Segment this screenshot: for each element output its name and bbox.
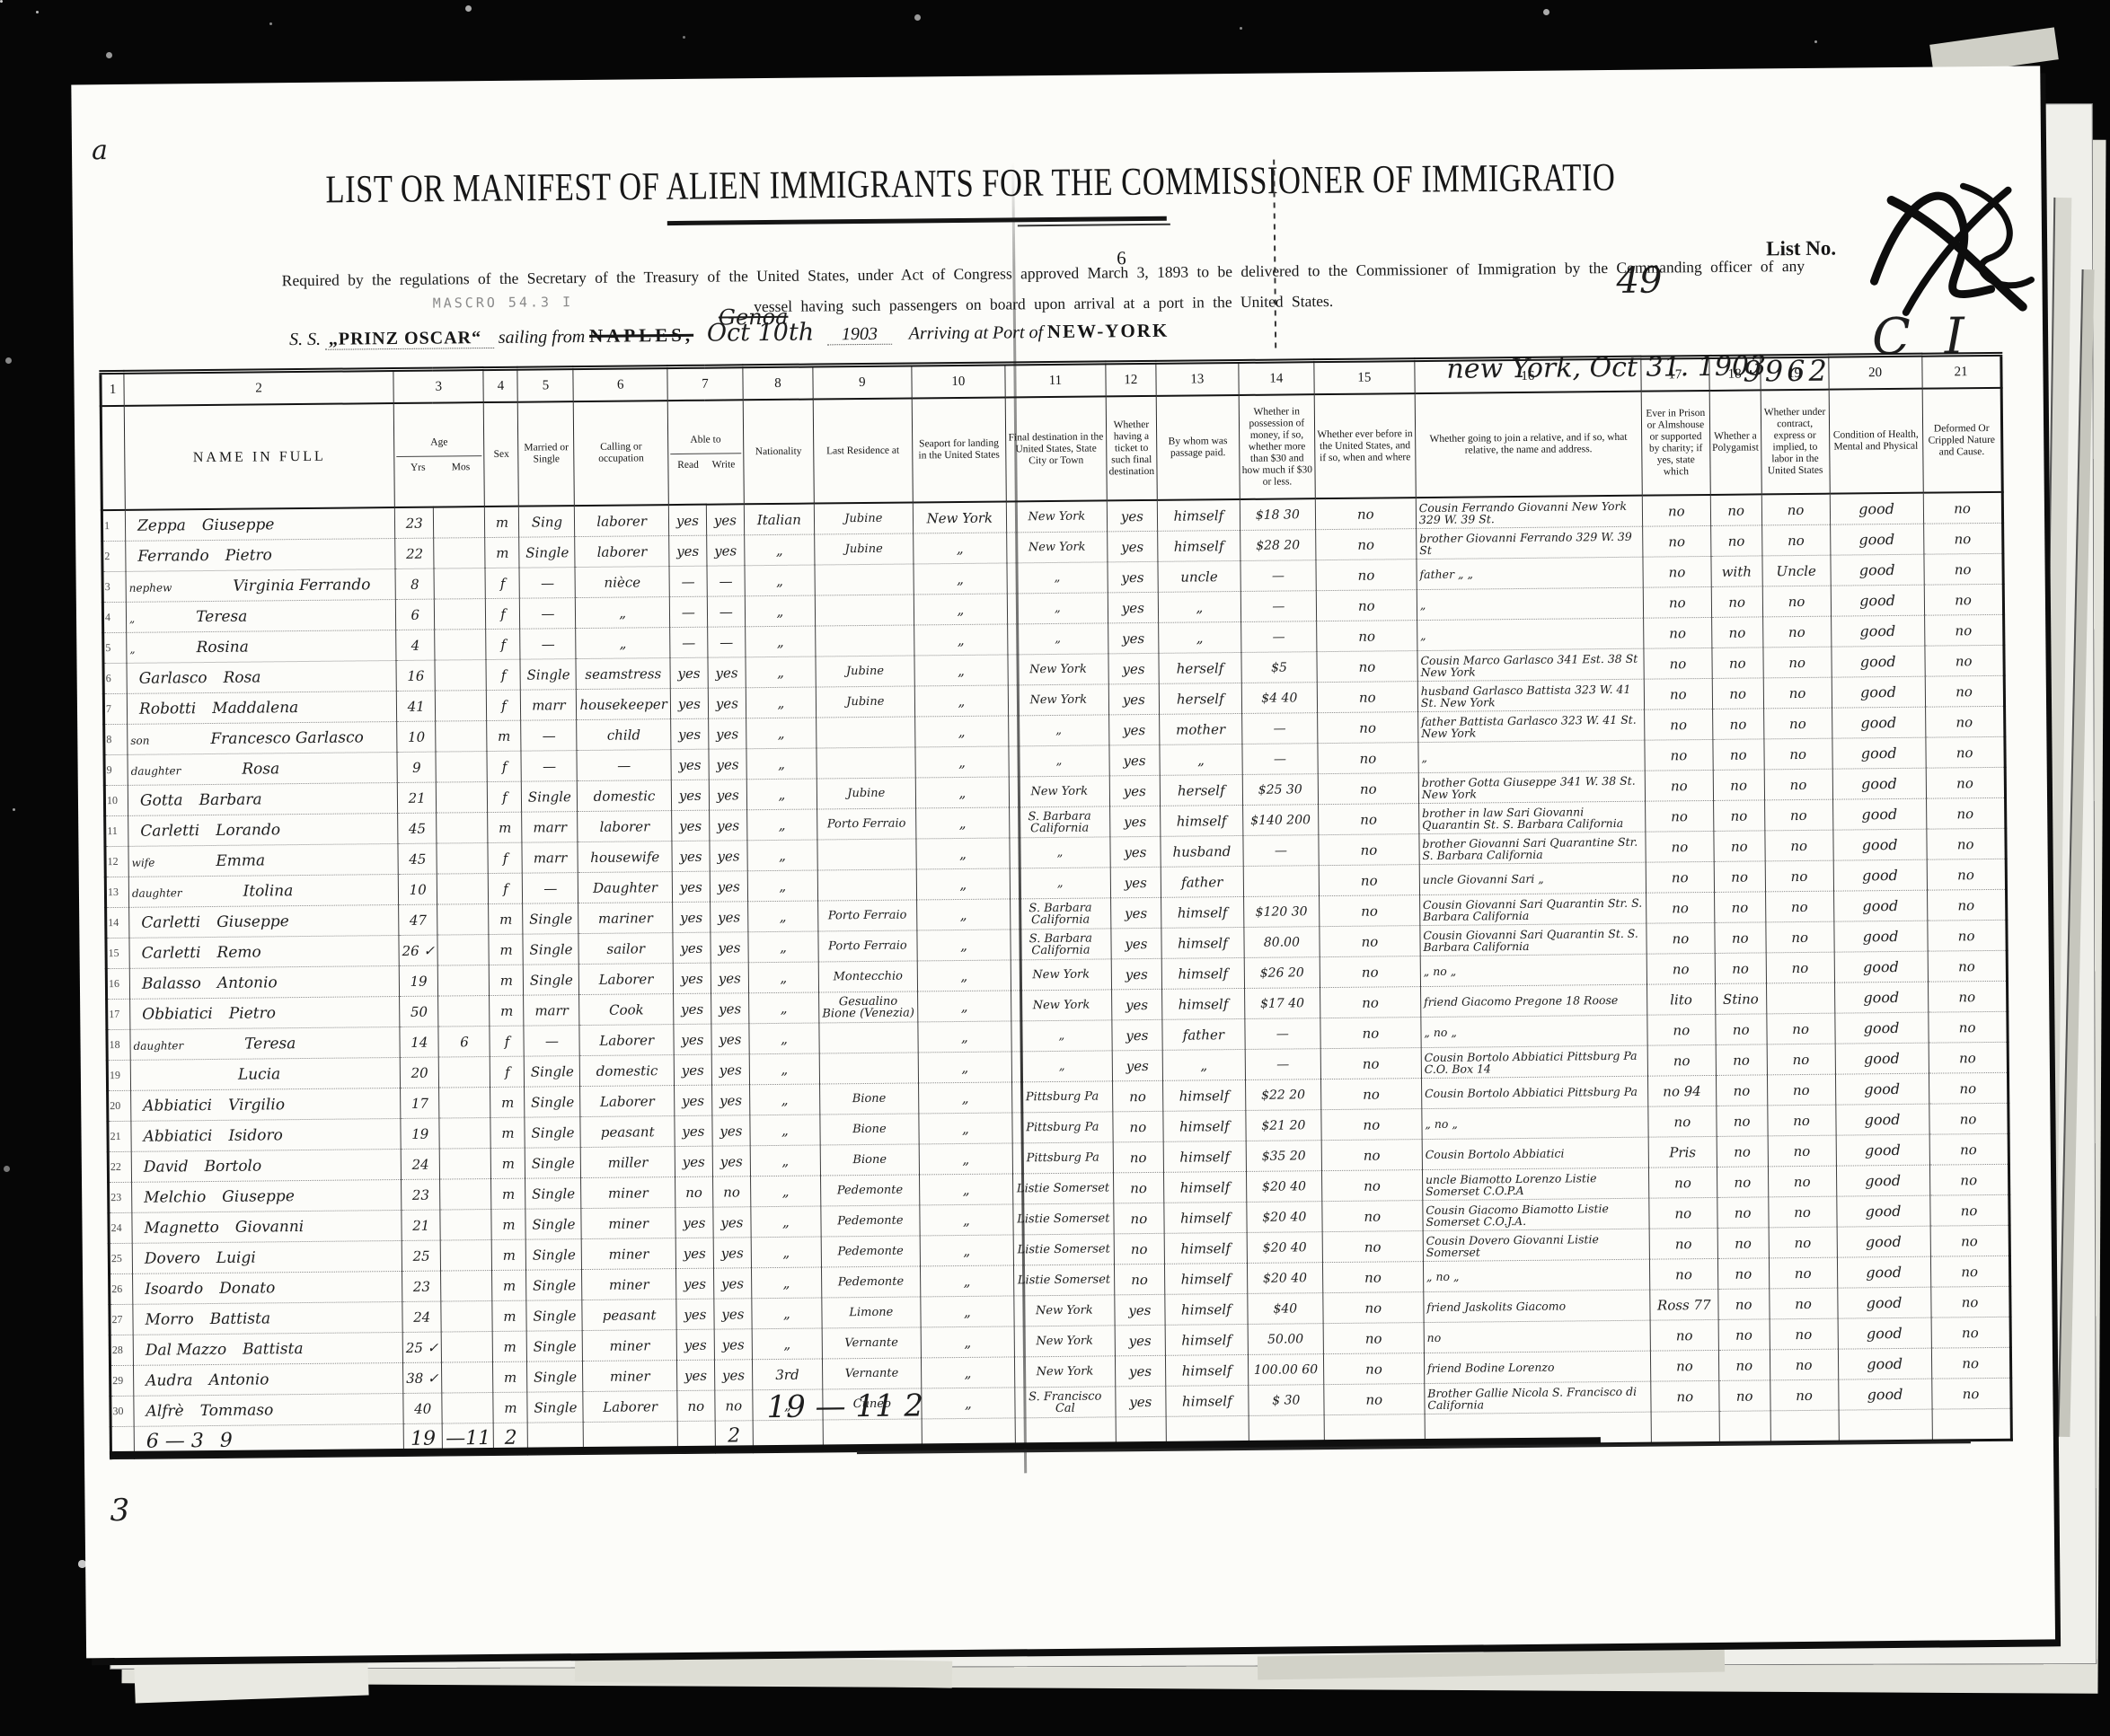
cell-before_us: no [1315,498,1416,530]
cell-ticket: no [1113,1111,1163,1142]
cell-occupation: laborer [575,536,669,568]
cell-relative: no [1424,1320,1650,1353]
cell-seaport: „ [919,1143,1012,1175]
cell-before_us: no [1318,743,1418,774]
cell-nationality: „ [745,626,815,657]
cell-sex: m [492,1270,526,1300]
passenger-given-name: Maddalena [212,699,298,718]
cell-read: yes [670,718,708,749]
passenger-given-name: 9 [220,1430,233,1452]
cell-sex: m [492,1239,526,1270]
cell-health: good [1834,982,1928,1013]
cell-write: yes [710,902,747,932]
cell-seaport: „ [916,868,1010,900]
cell-read: yes [673,963,711,993]
cell-sex: f [486,598,520,629]
cell-no: 30 [110,1396,134,1426]
cell-name: Lucia [130,1057,400,1090]
cell-ticket: no [1113,1141,1163,1173]
cell-marital: Single [525,1056,580,1088]
col-header-4: Sex [484,402,519,507]
cell-ticket: no [1114,1264,1164,1295]
passenger-given-name: Remo [216,943,260,961]
cell-prison: no [1645,739,1713,771]
cell-residence: Bione [819,1083,918,1115]
cell-seaport: „ [916,838,1010,869]
cell-deformed: no [1930,1256,2009,1287]
cell-ticket: no [1113,1172,1163,1203]
cell-name: CarlettiGiuseppe [129,904,399,938]
cell-marital: Single [523,903,578,935]
cell-read: yes [671,810,709,841]
required-statement-line1: Required by the regulations of the Secre… [127,255,1959,292]
cell-health: good [1832,798,1926,830]
cell-marital: marr [522,812,578,843]
cell-residence: Jubine [816,686,914,718]
cell-polygamist: no [1716,1075,1767,1106]
cell-occupation: Daughter [578,872,673,903]
cell-destination: New York [1014,1295,1115,1326]
cell-occupation: laborer [578,811,672,842]
cell-before_us: no [1316,621,1417,652]
cell-health: good [1836,1165,1929,1196]
cell-mos [438,996,490,1027]
cell-relative: brother in law Sari Giovanni Quarantin S… [1418,801,1645,833]
cell-name: daughterRosa [128,753,397,786]
cell-no: 14 [106,907,129,938]
cell-marital: Single [525,1117,580,1149]
cell-name: MelchioGiuseppe [132,1179,402,1212]
cell-marital: — [520,629,576,660]
cell-yrs: 47 [399,904,438,935]
cell-name: CarlettiLorando [128,813,398,846]
cell-money: $140 200 [1242,805,1318,836]
cell-contract: no [1769,1257,1837,1289]
cell-before_us: no [1316,560,1417,591]
cell-read: yes [671,749,709,780]
passenger-surname: David [144,1158,189,1176]
passenger-surname: Melchio [144,1188,206,1207]
cell-occupation: domestic [580,1055,675,1087]
cell-name: MagnettoGiovanni [132,1210,402,1243]
cell-residence: Pedemonte [820,1175,919,1206]
passenger-given-name: Itolina [243,882,293,901]
passenger-prefix: wife [132,856,155,868]
cell-no: 4 [102,602,126,632]
cell-sex: f [490,1026,524,1056]
cell-deformed: no [1926,798,2005,829]
cell-no: 18 [107,1029,130,1060]
passenger-given-name: Teresa [196,607,247,626]
cell-money: 100.00 60 [1248,1354,1323,1386]
passenger-surname: Robotti [139,700,196,718]
cell-sex: f [488,781,522,812]
cell-mos [437,935,489,966]
cell-deformed: no [1931,1378,2010,1409]
passenger-prefix: daughter [134,1039,184,1053]
cell-prison: lito [1647,983,1715,1015]
cell-contract: no [1765,860,1833,892]
cell-read: yes [675,1207,713,1238]
cell-relative: Cousin Marco Garlasco 341 Est. 38 St New… [1417,648,1644,681]
cell-residence: Bione [820,1144,919,1176]
passenger-surname: Obbiatici [142,1004,213,1023]
cell-name: GarlascoRosa [127,661,396,694]
cell-destination: New York [1006,500,1107,533]
cell-prison: no [1650,1350,1718,1381]
cell-write: — [707,596,745,627]
passenger-surname: Carletti [142,944,201,963]
cell-mos [440,1179,491,1211]
cell-money: $20 40 [1247,1202,1322,1233]
cell-health: good [1838,1379,1931,1410]
cell-destination: Pittsburg Pa [1012,1142,1113,1174]
cell-money: — [1240,621,1316,653]
cell-yrs: 8 [395,568,435,599]
cell-before_us: no [1323,1292,1424,1324]
cell-write: yes [711,963,748,993]
cell-yrs: 20 [400,1057,439,1088]
cell-money: — [1240,560,1316,592]
cell-before_us: no [1320,1018,1421,1049]
cell-relative: „ no „ [1420,954,1647,986]
cell-destination: New York [1009,776,1109,807]
cell-mos [439,1118,490,1150]
cell-deformed: no [1930,1225,2009,1256]
cell-money: $20 40 [1246,1171,1321,1203]
cell-mos [436,721,487,753]
cell-seaport: „ [915,777,1009,808]
cell-money: $20 40 [1247,1232,1322,1264]
cell-prison: no [1646,831,1714,862]
cell-write: yes [711,932,748,963]
passenger-given-name: Luigi [216,1248,256,1266]
cell-seaport: „ [914,624,1007,656]
cell-marital: Single [523,934,578,965]
cell-contract: no [1762,586,1831,617]
cell-money: $20 40 [1247,1263,1322,1294]
manifest-table: 123456789101112131415161718192021NAME IN… [99,352,2012,1459]
cell-mos [435,630,486,661]
cell-health: good [1832,707,1925,738]
cell-occupation: miner [581,1177,675,1209]
cell-yrs: 23 [402,1179,441,1210]
cell-seaport: „ [914,655,1008,686]
cell-contract: no [1768,1166,1836,1197]
cell-no: 5 [103,632,127,663]
cell-contract [1766,983,1834,1014]
cell-paid_by: himself [1161,896,1243,928]
cell-contract: no [1763,677,1832,709]
cell-polygamist: no [1711,586,1762,618]
cell-deformed: no [1923,523,2002,554]
cell-read: — [669,596,707,627]
cell-occupation: — [577,750,671,781]
cell-name: AbbiaticiIsidoro [131,1118,401,1151]
cell-deformed: no [1929,1194,2008,1226]
cell-health [1839,1409,1932,1441]
cell-relative: Cousin Bortolo Abbiatici Pittsburg Pa C.… [1421,1045,1647,1078]
cell-yrs: 26 ✓ [399,935,438,965]
cell-occupation: domestic [578,780,672,812]
cell-contract: no [1764,830,1832,861]
col-header-15: Whether ever before in the United States… [1314,393,1416,498]
cell-nationality: „ [747,840,817,871]
cell-prison: no [1648,1106,1717,1137]
cell-relative: brother Giovanni Ferrando 329 W. 39 St [1416,526,1642,559]
cell-residence [815,564,914,595]
passenger-given-name: Pietro [225,546,272,564]
cell-marital: Single [519,537,575,568]
cell-polygamist: no [1717,1228,1769,1259]
cell-ticket: yes [1108,683,1159,715]
cell-health: good [1838,1317,1931,1349]
cell-mos [436,752,487,783]
cell-sex: m [490,965,524,995]
cell-marital: Sing [519,506,575,537]
cell-marital: — [519,568,575,599]
cell-write: yes [710,871,747,902]
cell-occupation: peasant [582,1300,676,1331]
cell-mos [441,1301,492,1333]
cell-occupation: nièce [575,567,669,598]
passenger-surname: Garlasco [139,669,207,688]
cell-seaport: „ [914,533,1007,564]
cell-name: IsoardoDonato [133,1271,402,1304]
cell-polygamist: no [1714,861,1765,893]
cell-prison: no [1647,1014,1716,1045]
cell-nationality: „ [745,565,815,596]
cell-residence: Vernante [822,1358,921,1389]
cell-deformed: no [1925,675,2004,707]
cell-polygamist: no [1711,617,1762,648]
cell-write: yes [709,749,746,780]
cell-name: GottaBarbara [128,783,397,816]
cell-no: 7 [103,693,127,724]
cell-deformed: no [1924,614,2003,646]
cell-no: 11 [105,815,128,846]
cell-health: good [1831,585,1924,616]
cell-contract: no [1768,1135,1836,1167]
cell-money: $35 20 [1246,1141,1321,1172]
cell-sex: m [487,720,521,751]
col-number-4: 4 [483,368,517,402]
cell-deformed: no [1924,553,2003,585]
arriving-label: Arriving at Port of [909,322,1044,343]
cell-yrs: 4 [396,630,436,660]
passenger-given-name: Francesco Garlasco [210,728,364,748]
cell-ticket: yes [1109,806,1160,837]
cell-destination: S. Barbara California [1010,898,1110,930]
cell-seaport: „ [918,1021,1011,1053]
cell-prison: no [1651,1380,1719,1412]
cell-polygamist: no [1710,525,1761,557]
cell-no: 10 [104,785,128,815]
cell-residence: Pedemonte [821,1205,920,1237]
cell-deformed: no [1925,706,2004,737]
cell-ticket: yes [1112,1050,1162,1081]
col-header-11: Final destination in the United States, … [1005,396,1107,501]
cell-nationality: „ [747,901,817,932]
cell-money: — [1245,1018,1320,1050]
cell-deformed: no [1927,920,2006,951]
cell-prison: no 94 [1647,1075,1716,1106]
ship-name: „PRINZ OSCAR“ [325,328,494,350]
cell-sex: m [492,1300,526,1331]
cell-write: yes [708,688,746,718]
cell-marital: Single [522,781,578,813]
col-header-19: Whether under contract, express or impli… [1761,390,1830,495]
cell-residence: Limone [822,1297,921,1328]
col-number-12: 12 [1106,362,1156,396]
passenger-given-name: Rosa [242,760,279,778]
cell-contract: no [1761,494,1830,525]
cell-seaport: „ [921,1296,1014,1327]
cell-destination: New York [1007,532,1108,563]
cell-yrs: 25 ✓ [402,1332,442,1362]
cell-sex: m [485,537,519,568]
passenger-surname: Gotta [140,791,183,809]
cell-health: good [1835,1104,1929,1135]
cell-deformed: no [1923,492,2002,524]
cell-nationality: „ [748,962,818,993]
cell-write: — [707,566,745,596]
cell-relative: Cousin Dovero Giovanni Listie Somerset [1423,1229,1649,1261]
cell-read: yes [669,535,707,566]
cell-ticket: yes [1111,989,1161,1020]
cell-occupation: Laborer [579,1025,674,1056]
cell-sex: m [493,1361,527,1392]
cell-mos [436,691,487,722]
cell-polygamist: no [1715,953,1766,984]
cell-seaport: „ [914,594,1007,625]
cell-before_us: no [1320,956,1420,988]
cell-prison: no [1647,922,1715,954]
passenger-surname: Abbiatici [143,1126,212,1145]
cell-no: 23 [109,1182,132,1212]
cell-residence [816,717,914,748]
cell-seaport: „ [920,1235,1013,1266]
cell-health: good [1830,524,1923,555]
cell-contract: no [1769,1288,1837,1319]
margin-scrawl: 3 [110,1493,129,1529]
cell-write: no [715,1390,753,1421]
scan-noise [0,0,3,3]
cell-yrs: 10 [398,874,437,904]
cell-polygamist: with [1711,556,1762,587]
cell-destination: „ [1007,593,1108,624]
cell-marital: Single [525,1087,580,1118]
cell-marital: Single [527,1331,583,1362]
cell-destination: New York [1014,1326,1115,1357]
cell-write: yes [713,1238,751,1268]
cell-deformed: no [1931,1317,2010,1348]
cell-marital: Single [525,1148,581,1179]
cell-yrs: 22 [395,538,435,568]
cell-sex: m [488,812,522,842]
cell-yrs: 14 [400,1027,439,1057]
cell-prison: Ross 77 [1650,1289,1718,1320]
cell-seaport: „ [914,563,1007,595]
col-number-5: 5 [517,368,573,402]
cell-destination: New York [1011,990,1111,1021]
cell-contract: no [1766,952,1834,983]
cell-nationality: „ [745,595,815,627]
cell-write: yes [711,1085,749,1115]
col-header-2: NAME IN FULL [124,403,394,510]
cell-mos [437,874,489,905]
cell-no: 1 [102,510,125,542]
cell-prison: no [1645,770,1713,801]
cell-occupation: miner [582,1269,676,1300]
cell-paid_by: himself [1166,1385,1249,1416]
cell-write: yes [712,1146,750,1176]
cell-marital: — [521,720,577,752]
cell-name: DavidBortolo [131,1149,401,1182]
col-number-3: 3 [393,369,484,403]
cell-nationality: „ [746,687,816,718]
cell-no: 22 [108,1151,131,1182]
cell-paid_by: himself [1160,805,1242,836]
sailing-from-label: sailing from [499,327,586,348]
cell-polygamist: no [1712,709,1763,740]
col-number-20: 20 [1828,355,1921,389]
cell-before_us: no [1317,651,1417,683]
cell-relative: brother Giovanni Sari Quarantine Str. S.… [1419,832,1646,864]
cell-ticket: yes [1110,836,1161,868]
cell-occupation: peasant [580,1116,675,1148]
cell-read: yes [675,1115,712,1146]
cell-yrs: 25 [402,1240,441,1271]
cell-before_us: no [1323,1323,1424,1354]
cell-write: yes [708,657,746,688]
cell-ticket: yes [1108,653,1159,684]
cell-seaport: „ [917,930,1011,961]
cell-seaport: „ [920,1265,1013,1297]
cell-paid_by: himself [1165,1293,1248,1325]
cell-occupation: miller [581,1147,675,1178]
cell-polygamist: no [1717,1197,1769,1229]
col-header-1 [101,406,125,510]
cell-seaport: „ [921,1357,1014,1388]
cell-no: 28 [110,1335,133,1365]
cell-nationality: „ [751,1267,821,1299]
cell-health: good [1831,615,1924,647]
cell-relative: Cousin Giacomo Biamotto Listie Somerset … [1423,1198,1649,1230]
cell-write: yes [714,1329,752,1360]
cell-yrs: 50 [400,996,439,1027]
cell-nationality: „ [745,534,815,566]
cell-relative: uncle Biamotto Lorenzo Listie Somerset C… [1422,1168,1648,1200]
cell-no: 17 [107,999,130,1029]
cell-seaport: „ [919,1113,1012,1144]
passenger-surname: Morro [145,1310,193,1329]
col-number-9: 9 [813,365,912,400]
cell-paid_by: „ [1162,1049,1245,1080]
passenger-surname: Abbiatici [143,1096,212,1115]
cell-destination: „ [1007,562,1108,594]
cell-money: — [1245,1049,1320,1080]
cell-money: — [1241,713,1317,745]
cell-contract: no [1761,524,1830,556]
cell-no: 9 [104,754,128,785]
cell-mos [440,1210,491,1241]
cell-residence [819,1053,918,1084]
cell-sex: m [489,934,523,965]
cell-polygamist: no [1716,1014,1767,1045]
cell-yrs: 45 [398,813,437,843]
col-header-3: AgeYrsMos [393,402,485,507]
